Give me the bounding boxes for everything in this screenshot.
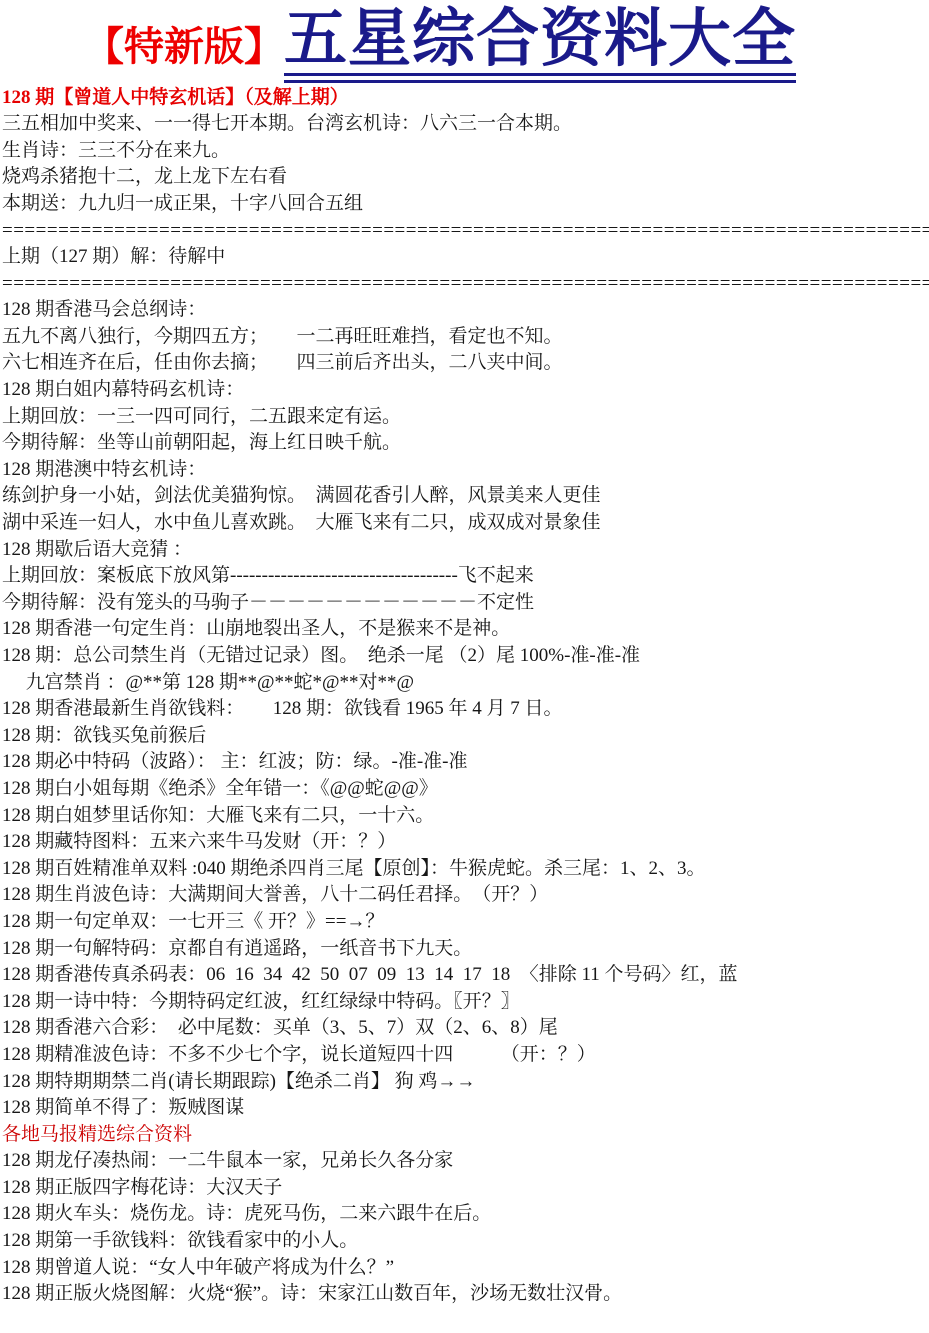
section-title-line: 各地马报精选综合资料 xyxy=(2,1122,929,1149)
text-line: 三五相加中奖来、一一得七开本期。台湾玄机诗：八六三一合本期。 xyxy=(2,111,929,138)
edition-tag: 【特新版】 xyxy=(84,15,284,72)
text-line: 128 期：欲钱买兔前猴后 xyxy=(2,723,929,750)
text-line: 本期送：九九归一成正果，十字八回合五组 xyxy=(2,191,929,218)
text-line: 128 期香港一句定生肖：山崩地裂出圣人，不是猴来不是神。 xyxy=(2,616,929,643)
text-line: 生肖诗：三三不分在来九。 xyxy=(2,138,929,165)
text-line: 今期待解：坐等山前朝阳起，海上红日映千航。 xyxy=(2,430,929,457)
text-line: 128 期一诗中特：今期特码定红波，红红绿绿中特码。〖开？〗 xyxy=(2,989,929,1016)
text-line: 128 期：总公司禁生肖（无错过记录）图。 绝杀一尾 （2）尾 100%-准-准… xyxy=(2,643,929,670)
text-line: 128 期龙仔凑热闹：一二牛鼠本一家，兄弟长久各分家 xyxy=(2,1148,929,1175)
text-line: 128 期一句定单双：一七开三《 开？》==→？ xyxy=(2,909,929,936)
page: 【特新版】五星综合资料大全 128 期【曾道人中特玄机话】（及解上期） 三五相加… xyxy=(0,0,929,1333)
text-line: 上期回放：案板底下放风第----------------------------… xyxy=(2,563,929,590)
text-line: 128 期一句解特码：京都自有逍遥路，一纸音书下九天。 xyxy=(2,936,929,963)
separator-line: ========================================… xyxy=(2,218,929,245)
text-line: 128 期必中特码（波路）： 主：红波；防：绿。-准-准-准 xyxy=(2,749,929,776)
text-line: 上期（127 期）解：待解中 xyxy=(2,244,929,271)
text-line: 128 期白姐内幕特码玄机诗： xyxy=(2,377,929,404)
text-line: 128 期香港最新生肖欲钱料： 128 期：欲钱看 1965 年 4 月 7 日… xyxy=(2,696,929,723)
text-line: 128 期港澳中特玄机诗： xyxy=(2,457,929,484)
text-line: 128 期第一手欲钱料：欲钱看家中的小人。 xyxy=(2,1228,929,1255)
text-line: 128 期火车头：烧伤龙。诗：虎死马伤，二来六跟牛在后。 xyxy=(2,1201,929,1228)
text-line: 九宫禁肖 ：@**第 128 期**@**蛇*@**对**@ xyxy=(2,670,929,697)
text-line: 128 期白小姐每期《绝杀》全年错一：《@@蛇@@》 xyxy=(2,776,929,803)
text-line: 128 期歇后语大竞猜 ： xyxy=(2,537,929,564)
text-line: 128 期白姐梦里话你知：大雁飞来有二只，一十六。 xyxy=(2,803,929,830)
text-line: 湖中采连一妇人，水中鱼儿喜欢跳。 大雁飞来有二只，成双成对景象佳 xyxy=(2,510,929,537)
text-line: 128 期曾道人说：“女人中年破产将成为什么？” xyxy=(2,1255,929,1282)
content-lines: 三五相加中奖来、一一得七开本期。台湾玄机诗：八六三一合本期。生肖诗：三三不分在来… xyxy=(0,111,929,1308)
text-line: 128 期简单不得了：叛贼图谋 xyxy=(2,1095,929,1122)
text-line: 128 期精准波色诗：不多不少七个字，说长道短四十四 （开：？） xyxy=(2,1042,929,1069)
text-line: 上期回放：一三一四可同行，二五跟来定有运。 xyxy=(2,404,929,431)
page-header: 【特新版】五星综合资料大全 xyxy=(0,0,929,83)
subheader: 128 期【曾道人中特玄机话】（及解上期） xyxy=(0,86,929,109)
text-line: 烧鸡杀猪抱十二，龙上龙下左右看 xyxy=(2,164,929,191)
text-line: 128 期香港马会总纲诗： xyxy=(2,297,929,324)
text-line: 128 期百姓精准单双料 :040 期绝杀四肖三尾【原创】：牛猴虎蛇。杀三尾：1… xyxy=(2,856,929,883)
text-line: 128 期生肖波色诗：大满期间大誉善，八十二码任君择。 （开？） xyxy=(2,882,929,909)
text-line: 五九不离八独行，今期四五方； 一二再旺旺难挡，看定也不知。 xyxy=(2,324,929,351)
text-line: 练剑护身一小姑，剑法优美猫狗惊。 满圆花香引人醉，风景美来人更佳 xyxy=(2,483,929,510)
text-line: 128 期特期期禁二肖(请长期跟踪)【绝杀二肖】 狗 鸡→→ xyxy=(2,1069,929,1096)
text-line: 128 期香港传真杀码表：06 16 34 42 50 07 09 13 14 … xyxy=(2,962,929,989)
text-line: 128 期正版四字梅花诗：大汉天子 xyxy=(2,1175,929,1202)
text-line: 六七相连齐在后，任由你去摘； 四三前后齐出头，二八夹中间。 xyxy=(2,350,929,377)
separator-line: ========================================… xyxy=(2,271,929,298)
page-title: 五星综合资料大全 xyxy=(284,6,796,83)
text-line: 128 期香港六合彩： 必中尾数：买单（3、5、7）双（2、6、8）尾 xyxy=(2,1015,929,1042)
text-line: 今期待解：没有笼头的马驹子－－－－－－－－－－－－不定性 xyxy=(2,590,929,617)
text-line: 128 期藏特图料：五来六来牛马发财（开：？） xyxy=(2,829,929,856)
text-line: 128 期正版火烧图解：火烧“猴”。诗：宋家江山数百年，沙场无数壮汉骨。 xyxy=(2,1281,929,1308)
